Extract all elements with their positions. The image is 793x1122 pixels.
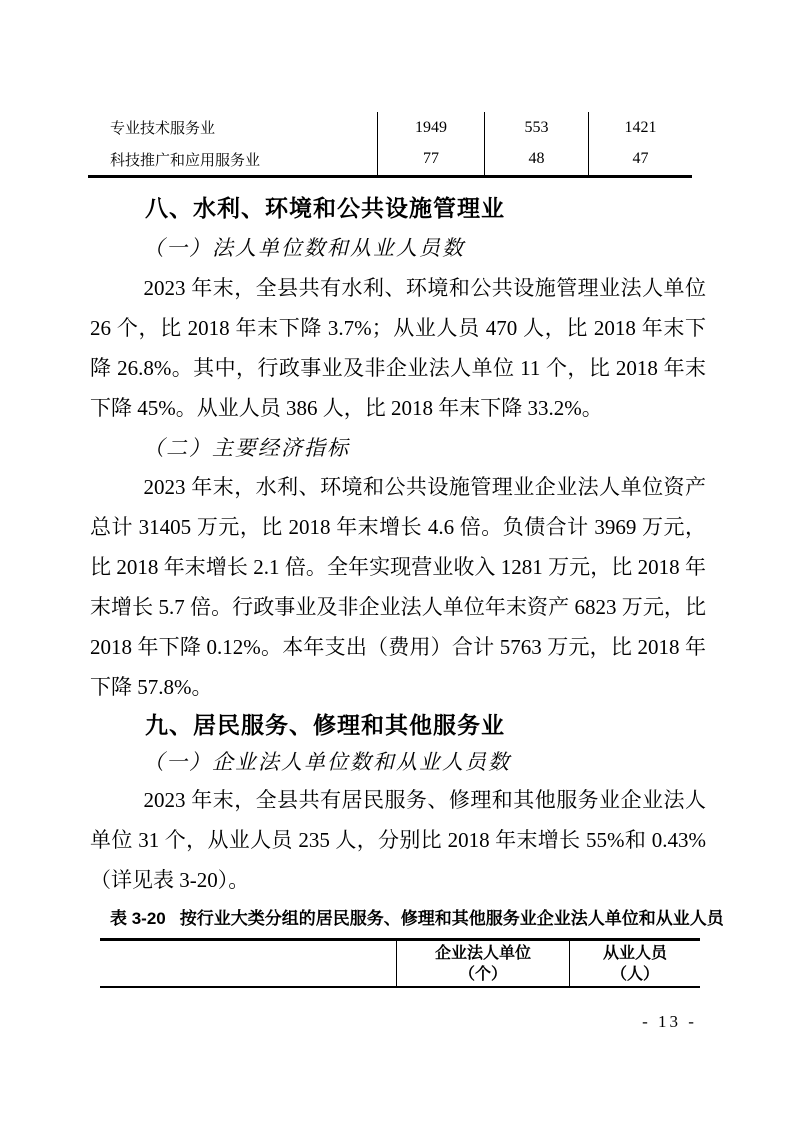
table-caption: 表 3-20 按行业大类分组的居民服务、修理和其他服务业企业法人单位和从业人员 [110, 906, 724, 932]
column-header-unit: （人） [611, 964, 659, 985]
table-caption-title: 按行业大类分组的居民服务、修理和其他服务业企业法人单位和从业人员 [180, 906, 724, 932]
table-row-label: 专业技术服务业 [88, 112, 377, 144]
column-header-unit: （个） [459, 964, 507, 985]
column-header-title: 从业人员 [603, 943, 667, 964]
subsection-heading-9-1: （一）企业法人单位数和从业人员数 [143, 747, 511, 777]
document-page: 专业技术服务业 1949 553 1421 科技推广和应用服务业 77 48 4… [0, 0, 793, 1122]
subsection-heading-8-2: （二）主要经济指标 [143, 433, 350, 463]
table-header-units: 企业法人单位 （个） [396, 941, 569, 986]
table-row-label: 科技推广和应用服务业 [88, 144, 377, 176]
page-number: - 13 - [632, 1012, 707, 1032]
table-cell: 1949 [377, 112, 484, 144]
previous-page-table: 专业技术服务业 1949 553 1421 科技推广和应用服务业 77 48 4… [88, 112, 692, 178]
table-cell: 77 [377, 144, 484, 176]
body-paragraph: 2023 年末，全县共有居民服务、修理和其他服务业企业法人单位 31 个，从业人… [90, 780, 706, 900]
table-header-employees: 从业人员 （人） [569, 941, 700, 986]
section-heading-9: 九、居民服务、修理和其他服务业 [145, 710, 505, 740]
body-paragraph: 2023 年末，全县共有水利、环境和公共设施管理业法人单位 26 个，比 201… [90, 268, 706, 428]
column-header-title: 企业法人单位 [435, 943, 531, 964]
table-3-20-header: 企业法人单位 （个） 从业人员 （人） [100, 938, 700, 988]
table-cell: 47 [588, 144, 692, 176]
table-caption-number: 表 3-20 [110, 906, 166, 932]
table-cell: 1421 [588, 112, 692, 144]
section-heading-8: 八、水利、环境和公共设施管理业 [145, 193, 505, 223]
table-cell: 553 [484, 112, 588, 144]
table-cell: 48 [484, 144, 588, 176]
body-paragraph: 2023 年末，水利、环境和公共设施管理业企业法人单位资产总计 31405 万元… [90, 467, 706, 707]
subsection-heading-8-1: （一）法人单位数和从业人员数 [143, 233, 465, 263]
table-header-stub [100, 941, 396, 986]
